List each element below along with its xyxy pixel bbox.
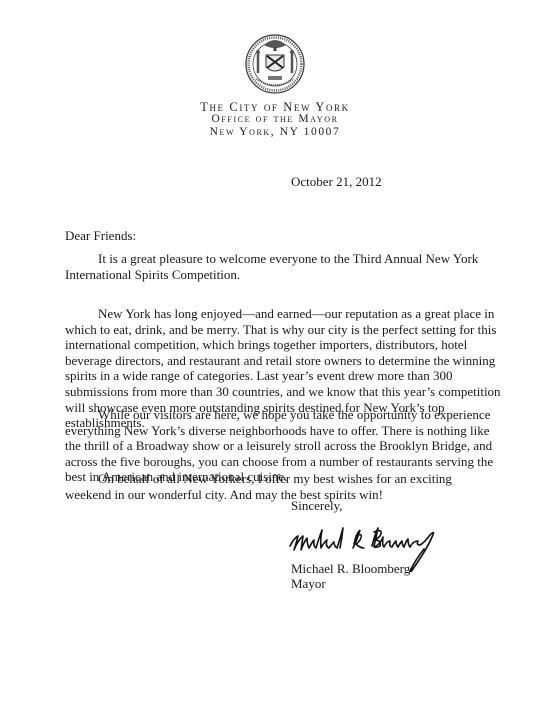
letterhead-address: New York, NY 10007 — [0, 126, 550, 138]
paragraph-welcome: It is a great pleasure to welcome everyo… — [65, 251, 505, 282]
signer-block: Michael R. Bloomberg Mayor — [291, 561, 410, 591]
signer-title: Mayor — [291, 576, 410, 591]
salutation: Dear Friends: — [65, 228, 136, 244]
letterhead-office: Office of the Mayor — [0, 113, 550, 125]
nyc-seal-icon — [244, 31, 306, 95]
letter-date: October 21, 2012 — [291, 174, 382, 190]
closing: Sincerely, — [291, 498, 343, 514]
signer-name: Michael R. Bloomberg — [291, 561, 410, 576]
paragraph-wishes: On behalf of all New Yorkers, I offer my… — [65, 471, 495, 502]
